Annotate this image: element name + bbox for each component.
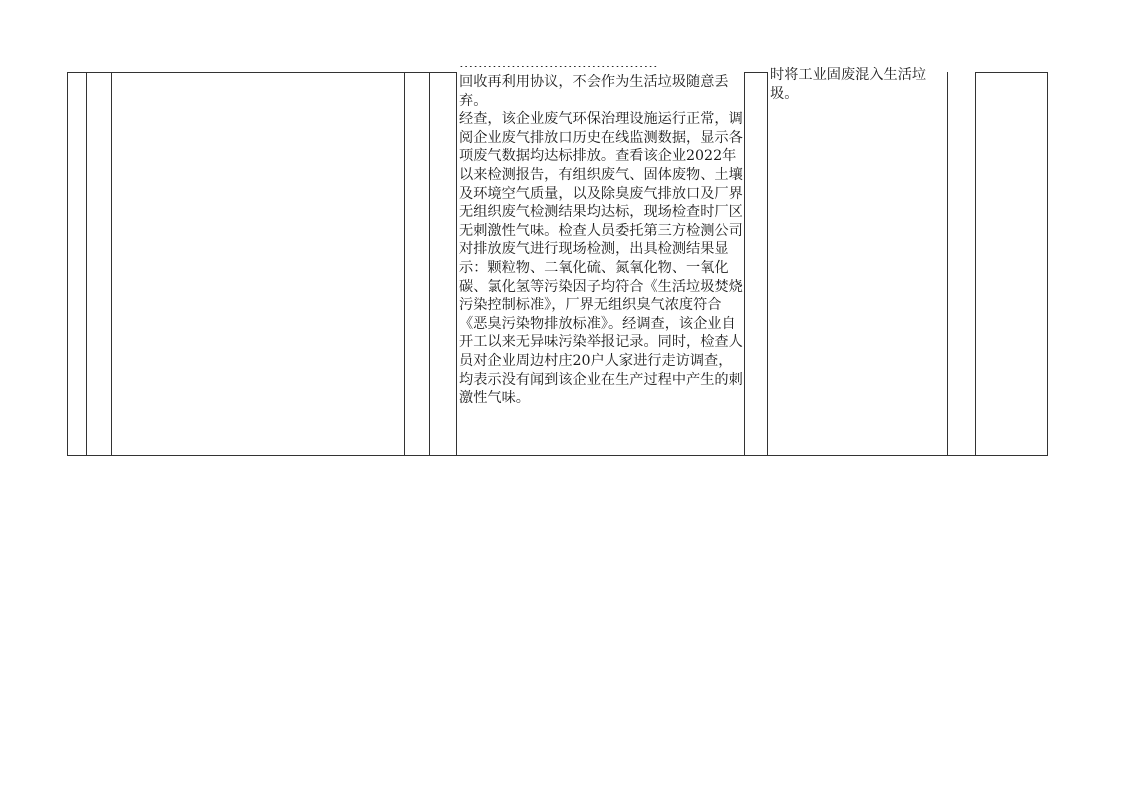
col-divider-8 xyxy=(767,72,768,456)
top-border-col10 xyxy=(975,72,1047,73)
findings-cell: 回收再利用协议，不会作为生活垃圾随意丢弃。 经查，该企业废气环保治理设施运行正常… xyxy=(459,73,744,453)
col-divider-11 xyxy=(1047,72,1048,456)
conclusion-text: 时将工业固废混入生活垃圾。 xyxy=(770,66,942,103)
conclusion-cell: 时将工业固废混入生活垃圾。 xyxy=(770,66,942,451)
col-divider-7 xyxy=(744,72,745,456)
findings-paragraph-1: 回收再利用协议，不会作为生活垃圾随意丢弃。 xyxy=(459,73,744,110)
col-divider-5 xyxy=(429,72,430,456)
col-divider-9 xyxy=(947,72,948,456)
col-divider-1 xyxy=(67,72,68,456)
findings-paragraph-2: 经查，该企业废气环保治理设施运行正常，调阅企业废气排放口历史在线监测数据，显示各… xyxy=(459,110,744,408)
top-border-left xyxy=(67,72,456,73)
findings-clipped-line: …………………………………… xyxy=(459,66,743,72)
col-divider-3 xyxy=(111,72,112,456)
top-border-col8 xyxy=(744,72,768,73)
col-divider-2 xyxy=(86,72,87,456)
col-divider-4 xyxy=(404,72,405,456)
bottom-border xyxy=(67,455,1048,456)
col-divider-10 xyxy=(975,72,976,456)
col-divider-6 xyxy=(456,72,457,456)
